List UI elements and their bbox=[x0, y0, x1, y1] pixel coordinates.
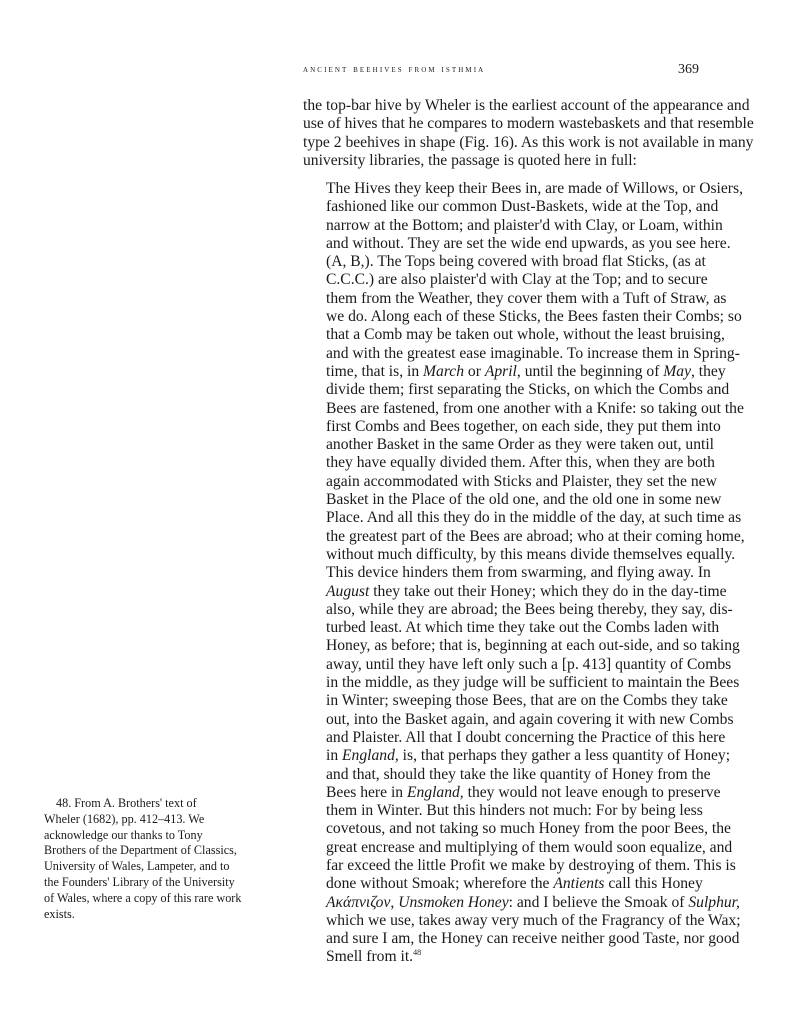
quote-line: first Combs and Bees together, on each s… bbox=[326, 418, 701, 436]
quote-line: narrow at the Bottom; and plaister'd wit… bbox=[326, 217, 701, 235]
page-number: 369 bbox=[678, 62, 699, 78]
quote-line: they have equally divided them. After th… bbox=[326, 454, 701, 472]
quote-line: and sure I am, the Honey can receive nei… bbox=[326, 930, 701, 948]
quote-line: again accommodated with Sticks and Plais… bbox=[326, 473, 701, 491]
quote-line: also, while they are abroad; the Bees be… bbox=[326, 601, 701, 619]
text-line: type 2 beehives in shape (Fig. 16). As t… bbox=[303, 134, 703, 152]
quote-line: C.C.C.) are also plaister'd with Clay at… bbox=[326, 271, 701, 289]
quote-line: far exceed the little Profit we make by … bbox=[326, 857, 701, 875]
quote-line: Smell from it.48 bbox=[326, 948, 701, 966]
quote-line: Basket in the Place of the old one, and … bbox=[326, 491, 701, 509]
quote-line: Honey, as before; that is, beginning at … bbox=[326, 637, 701, 655]
footnote-line: exists. bbox=[44, 907, 289, 923]
quote-line: Bees here in England, they would not lea… bbox=[326, 784, 701, 802]
quote-line: and Plaister. All that I doubt concernin… bbox=[326, 729, 701, 747]
italic-text: Sulphur, bbox=[688, 894, 740, 911]
text-line: the top-bar hive by Wheler is the earlie… bbox=[303, 97, 703, 115]
footnote-line: Wheler (1682), pp. 412–413. We bbox=[44, 812, 289, 828]
quote-line: covetous, and not taking so much Honey f… bbox=[326, 820, 701, 838]
footnote-line: the Founders' Library of the University bbox=[44, 875, 289, 891]
quote-line: which we use, takes away very much of th… bbox=[326, 912, 701, 930]
footnote-line: Brothers of the Department of Classics, bbox=[44, 843, 289, 859]
quote-line: the greatest part of the Bees are abroad… bbox=[326, 528, 701, 546]
quote-line: without much difficulty, by this means d… bbox=[326, 546, 701, 564]
quote-line: (A, B,). The Tops being covered with bro… bbox=[326, 253, 701, 271]
quote-line: them in Winter. But this hinders not muc… bbox=[326, 802, 701, 820]
quote-line: in the middle, as they judge will be suf… bbox=[326, 674, 701, 692]
footnote-reference[interactable]: 48 bbox=[413, 948, 421, 957]
italic-text: March bbox=[423, 363, 464, 380]
footnote-line: 48. From A. Brothers' text of bbox=[44, 796, 289, 812]
running-head: Ancient Beehives from Isthmia 369 bbox=[303, 64, 699, 80]
quote-line: them from the Weather, they cover them w… bbox=[326, 290, 701, 308]
quote-line: we do. Along each of these Sticks, the B… bbox=[326, 308, 701, 326]
quote-line: in Winter; sweeping those Bees, that are… bbox=[326, 692, 701, 710]
footnote-48: 48. From A. Brothers' text of Wheler (16… bbox=[44, 796, 289, 922]
quote-line: and with the greatest ease imaginable. T… bbox=[326, 345, 701, 363]
quote-line: This device hinders them from swarming, … bbox=[326, 564, 701, 582]
quote-line: great encrease and multiplying of them w… bbox=[326, 839, 701, 857]
italic-text: Unsmoken Honey bbox=[398, 894, 508, 911]
italic-text: April bbox=[485, 363, 517, 380]
italic-text: England, bbox=[342, 747, 399, 764]
quote-line: divide them; first separating the Sticks… bbox=[326, 381, 701, 399]
italic-text: England, bbox=[407, 784, 464, 801]
footnote-line: University of Wales, Lampeter, and to bbox=[44, 859, 289, 875]
quote-line: time, that is, in March or April, until … bbox=[326, 363, 701, 381]
italic-text: Antients bbox=[553, 875, 604, 892]
block-quote: The Hives they keep their Bees in, are m… bbox=[326, 180, 701, 967]
quote-line: Place. And all this they do in the middl… bbox=[326, 509, 701, 527]
intro-paragraph: the top-bar hive by Wheler is the earlie… bbox=[303, 97, 703, 170]
quote-line: and without. They are set the wide end u… bbox=[326, 235, 701, 253]
quote-line: and that, should they take the like quan… bbox=[326, 766, 701, 784]
quote-line: Bees are fastened, from one another with… bbox=[326, 400, 701, 418]
quote-line: in England, is, that perhaps they gather… bbox=[326, 747, 701, 765]
quote-line: August they take out their Honey; which … bbox=[326, 583, 701, 601]
quote-line: away, until they have left only such a [… bbox=[326, 656, 701, 674]
quote-line: out, into the Basket again, and again co… bbox=[326, 711, 701, 729]
quote-line: another Basket in the same Order as they… bbox=[326, 436, 701, 454]
italic-text: August bbox=[326, 583, 369, 600]
quote-line: that a Comb may be taken out whole, with… bbox=[326, 326, 701, 344]
quote-line: The Hives they keep their Bees in, are m… bbox=[326, 180, 701, 198]
quote-line: done without Smoak; wherefore the Antien… bbox=[326, 875, 701, 893]
footnote-line: acknowledge our thanks to Tony bbox=[44, 828, 289, 844]
text-line: use of hives that he compares to modern … bbox=[303, 115, 703, 133]
quote-line: Ακάπνιζον, Unsmoken Honey: and I believe… bbox=[326, 894, 701, 912]
italic-text: May bbox=[663, 363, 691, 380]
quote-line: fashioned like our common Dust-Baskets, … bbox=[326, 198, 701, 216]
quote-line: turbed least. At which time they take ou… bbox=[326, 619, 701, 637]
footnote-line: of Wales, where a copy of this rare work bbox=[44, 891, 289, 907]
running-title: Ancient Beehives from Isthmia bbox=[303, 64, 485, 75]
text-line: university libraries, the passage is quo… bbox=[303, 152, 703, 170]
italic-text: Ακάπνιζον bbox=[326, 894, 390, 911]
